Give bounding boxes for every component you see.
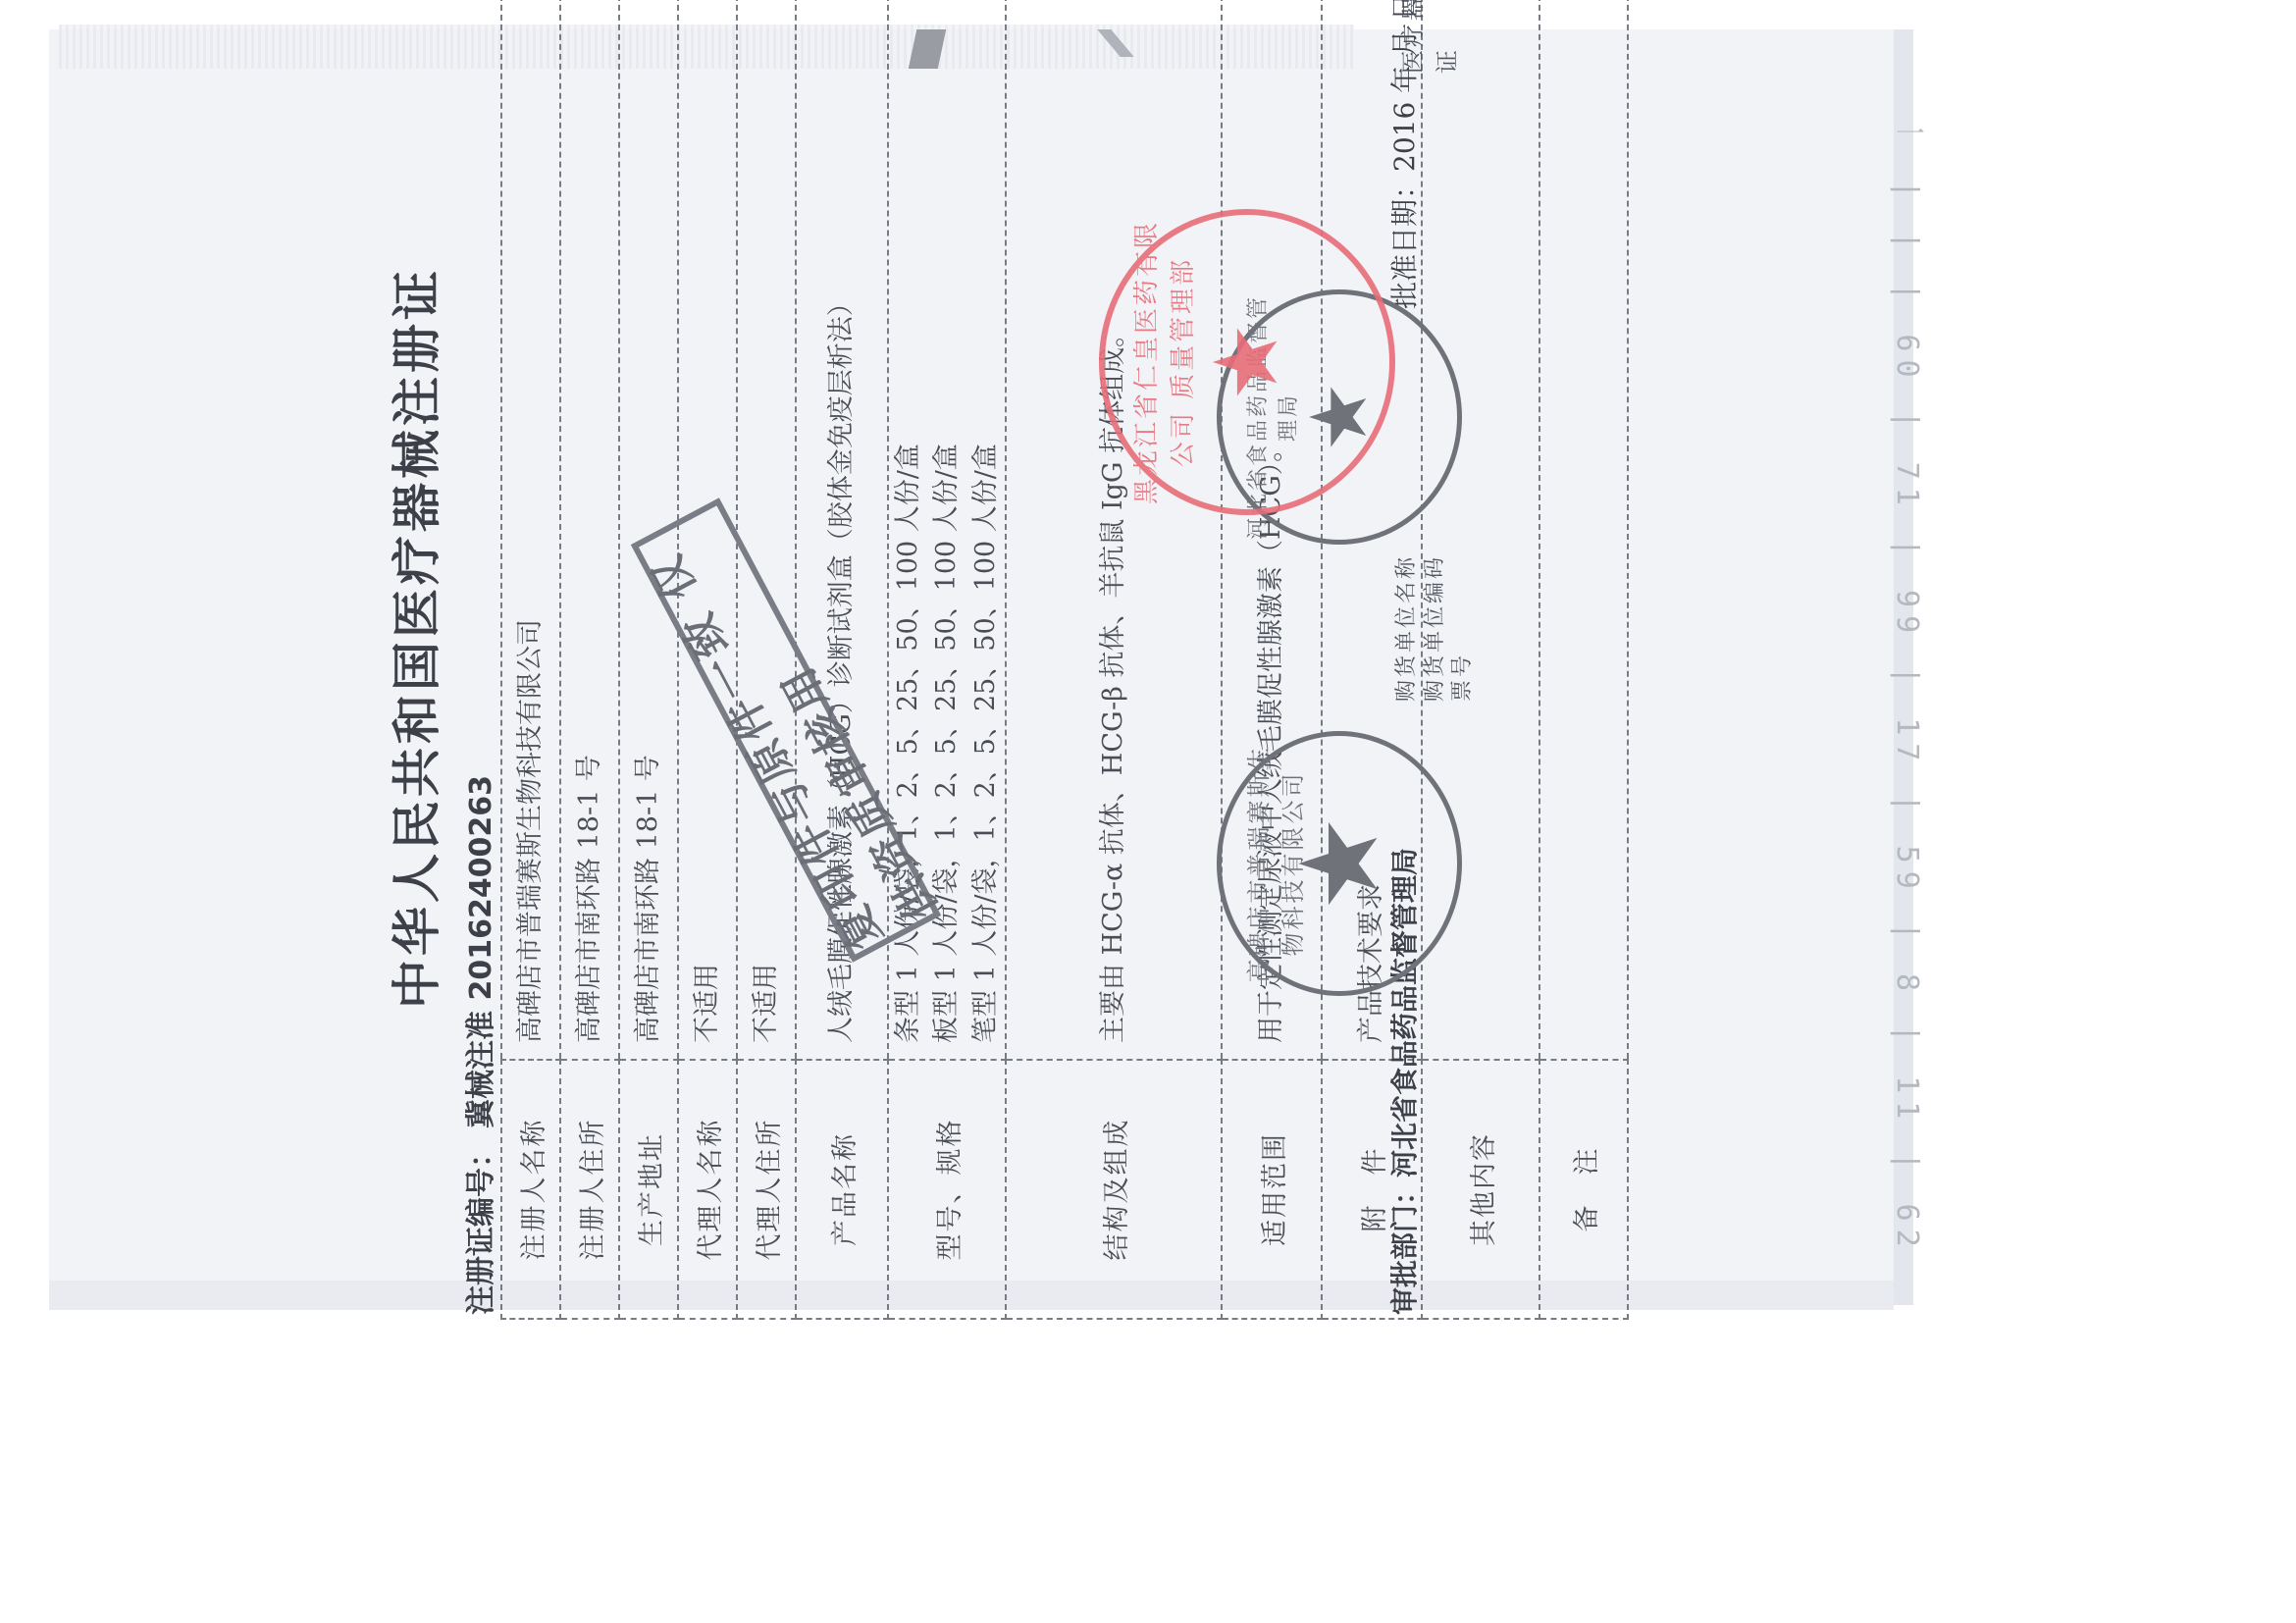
buyer-notes: 购货单位名称 购货单位编码 票号 [1393, 554, 1478, 702]
registration-number-label: 注册证编号： [464, 1138, 498, 1315]
certificate-document: 中华人民共和国医疗器械注册证 注册证编号：冀械注准 20162400263 注册… [353, 0, 1462, 1428]
table-row: 生产地址 高碑店市南环路 18-1 号 [619, 0, 678, 1319]
field-label: 生产地址 [619, 1060, 678, 1319]
company-seal-text: 高碑店市普瑞赛斯生物科技有限公司 [1239, 736, 1308, 991]
field-label: 结构及组成 [1006, 1060, 1222, 1319]
company-seal: ★ 高碑店市普瑞赛斯生物科技有限公司 [1217, 731, 1462, 996]
table-row: 注册人名称 高碑店市普瑞赛斯生物科技有限公司 [501, 0, 560, 1319]
field-value: 主要由 HCG-α 抗体、HCG-β 抗体、羊抗鼠 IgG 抗体组成。 [1006, 0, 1222, 1060]
field-label: 型号、规格 [888, 1060, 1006, 1319]
approver-label: 审批部门： [1388, 1178, 1421, 1315]
field-value: 高碑店市普瑞赛斯生物科技有限公司 [501, 0, 560, 1060]
registration-number-value: 冀械注准 20162400263 [464, 775, 498, 1128]
table-row: 注册人住所 高碑店市南环路 18-1 号 [560, 0, 619, 1319]
red-seal-text: 黑龙江省仁皇医药有限公司 质量管理部 [1126, 215, 1199, 509]
red-seal: ★ 黑龙江省仁皇医药有限公司 质量管理部 [1099, 209, 1395, 515]
table-row: 备 注 [1539, 0, 1628, 1319]
field-label: 备 注 [1539, 1060, 1628, 1319]
field-value: 高碑店市南环路 18-1 号 [560, 0, 619, 1060]
edge-text: 一 | | | 60 | 71 | 99 | 17 | 59 | 8 | 11 … [1899, 118, 1928, 1295]
table-row: 适用范围 用于定性测定尿液中人绒毛膜促性腺激素（HCG）。 [1222, 0, 1322, 1319]
buyer-note-line: 购货单位编码 [1422, 554, 1450, 702]
spec-line: 笔型 1 人份/袋，1、2、5、25、50、100 人份/盒 [966, 0, 1005, 1043]
field-label: 产品名称 [796, 1060, 888, 1319]
star-icon: ★ [1203, 323, 1291, 402]
field-label: 适用范围 [1222, 1060, 1322, 1319]
registration-number: 注册证编号：冀械注准 20162400263 [456, 775, 499, 1315]
field-label: 其他内容 [1422, 1060, 1539, 1319]
buyer-note-line: 票号 [1449, 554, 1478, 702]
field-label: 代理人名称 [678, 1060, 737, 1319]
certificate-type-note: 医疗器械产品注册证 [1393, 0, 1462, 74]
field-value [1539, 0, 1628, 1060]
table-row: 结构及组成 主要由 HCG-α 抗体、HCG-β 抗体、羊抗鼠 IgG 抗体组成… [1006, 0, 1222, 1319]
field-label: 代理人住所 [737, 1060, 796, 1319]
certificate-title: 中华人民共和国医疗器械注册证 [378, 0, 448, 1428]
field-label: 注册人名称 [501, 1060, 560, 1319]
table-row: 型号、规格 条型 1 人份/袋，1、2、5、25、50、100 人份/盒 板型 … [888, 0, 1006, 1319]
field-label: 注册人住所 [560, 1060, 619, 1319]
buyer-note-line: 购货单位名称 [1393, 554, 1422, 702]
